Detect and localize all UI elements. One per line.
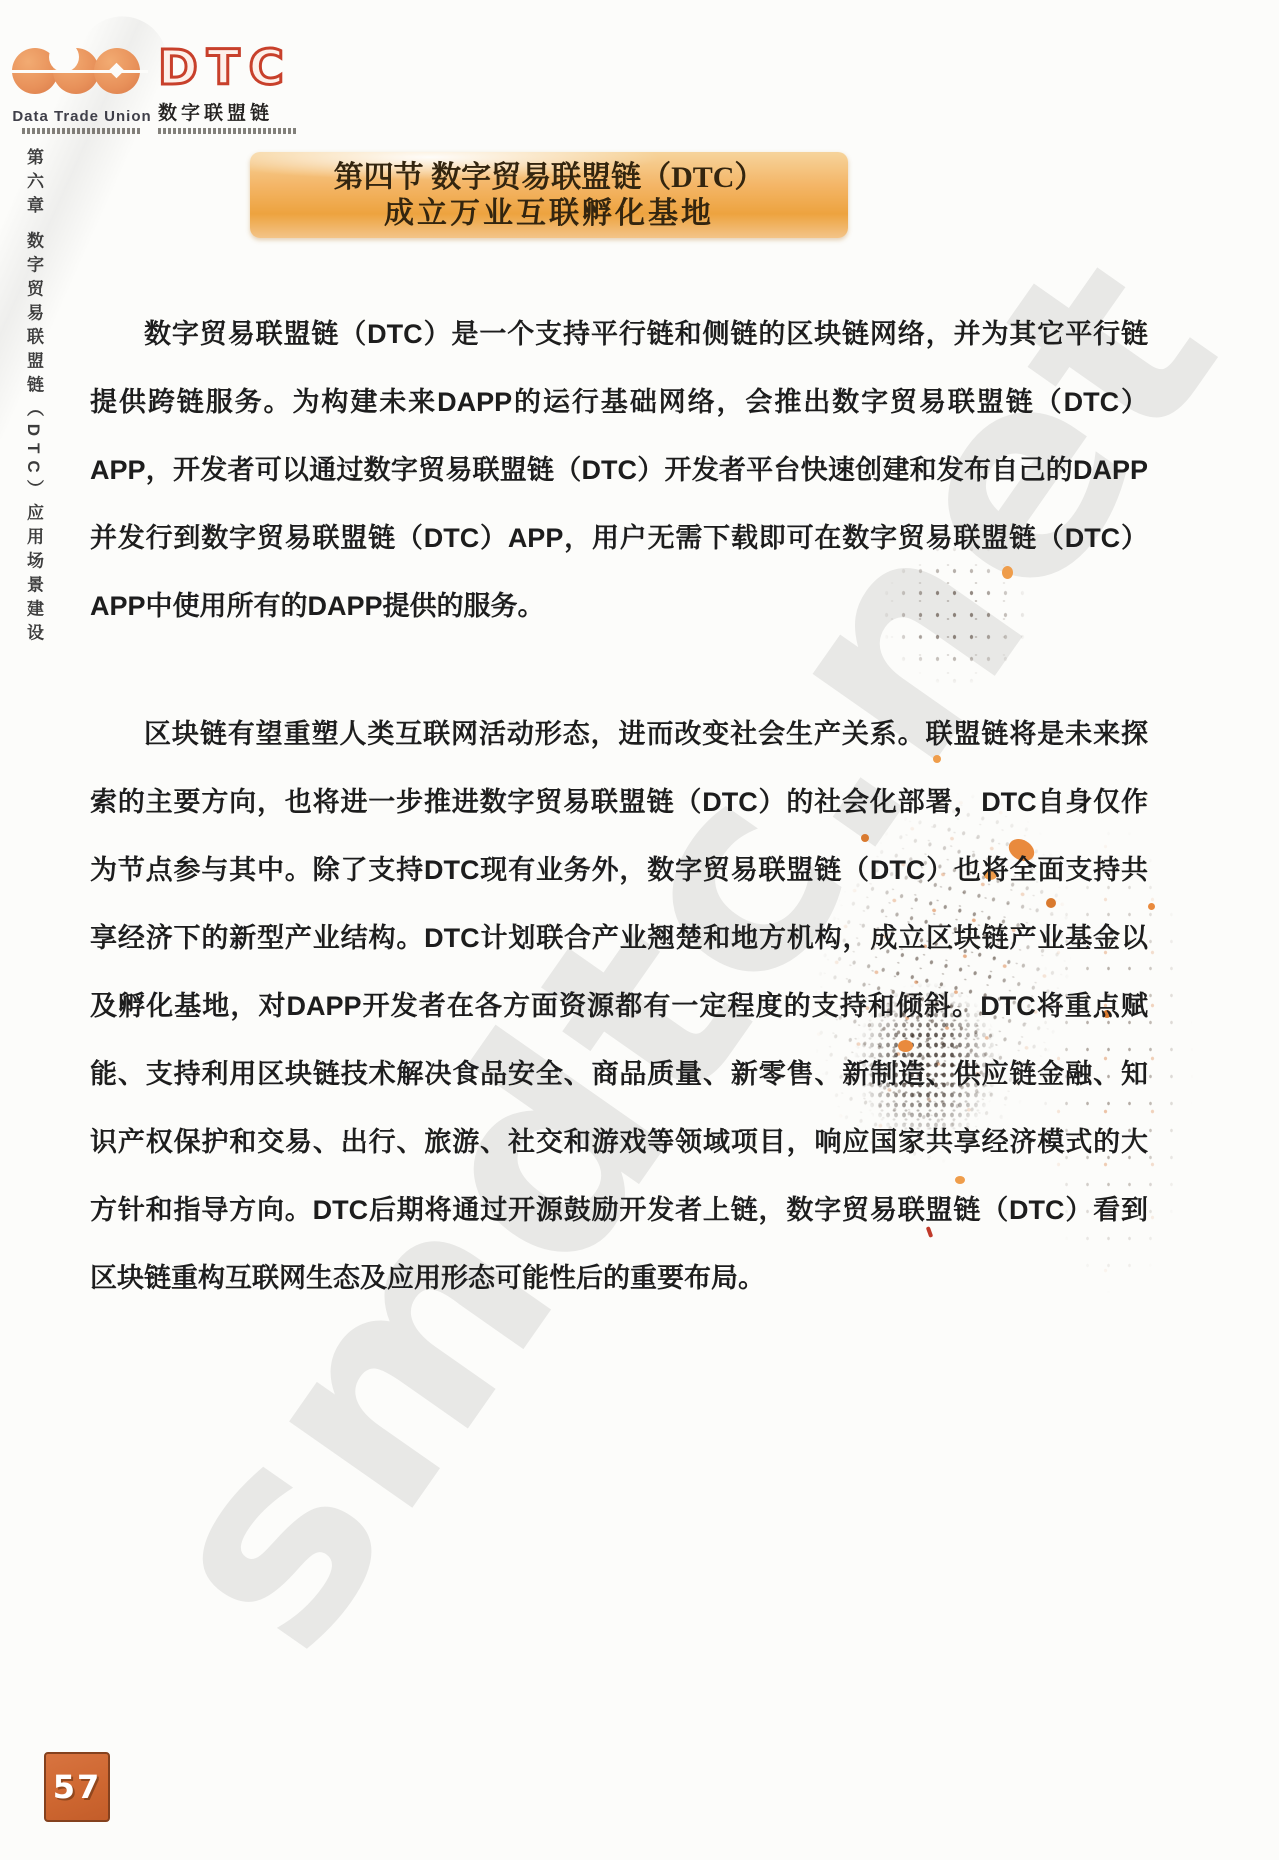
chapter-sidebar-label: 第六章 数字贸易联盟链（DTC）应用场景建设 (20, 148, 46, 748)
paragraph-line: 区块链重构互联网生态及应用形态可能性后的重要布局。 (90, 1244, 1148, 1312)
paragraph-line: 提供跨链服务。为构建未来DAPP的运行基础网络，会推出数字贸易联盟链（DTC） (90, 368, 1148, 436)
dtc-logo-letters: DTC (158, 40, 296, 96)
dtu-circles-icon (12, 48, 152, 94)
document-page: smdtc.net Data Trade Union DTC 数字联盟链 第六章… (0, 0, 1279, 1860)
section-title-line2: 成立万业互联孵化基地 (250, 196, 848, 232)
dtu-logo-microtext (22, 128, 142, 134)
paint-blob (1148, 903, 1155, 910)
page-number-badge: 57 (44, 1752, 110, 1822)
dtc-logo-microtext (158, 128, 296, 134)
paragraph-2: 区块链有望重塑人类互联网活动形态，进而改变社会生产关系。联盟链将是未来探 索的主… (90, 700, 1148, 1312)
paragraph-line: 识产权保护和交易、出行、旅游、社交和游戏等领域项目，响应国家共享经济模式的大 (90, 1108, 1148, 1176)
paragraph-line: 数字贸易联盟链（DTC）是一个支持平行链和侧链的区块链网络，并为其它平行链 (90, 300, 1148, 368)
paragraph-line: 及孵化基地，对DAPP开发者在各方面资源都有一定程度的支持和倾斜。DTC将重点赋 (90, 972, 1148, 1040)
page-number: 57 (53, 1768, 102, 1806)
paragraph-line: 为节点参与其中。除了支持DTC现有业务外，数字贸易联盟链（DTC）也将全面支持共 (90, 836, 1148, 904)
paragraph-1: 数字贸易联盟链（DTC）是一个支持平行链和侧链的区块链网络，并为其它平行链 提供… (90, 300, 1148, 640)
data-trade-union-logo: Data Trade Union (12, 48, 152, 134)
paragraph-line: 区块链有望重塑人类互联网活动形态，进而改变社会生产关系。联盟链将是未来探 (90, 700, 1148, 768)
dtc-logo-subtitle: 数字联盟链 (158, 98, 296, 125)
section-title-line1: 第四节 数字贸易联盟链（DTC） (250, 160, 848, 196)
paragraph-line: 能、支持利用区块链技术解决食品安全、商品质量、新零售、新制造、供应链金融、知 (90, 1040, 1148, 1108)
paragraph-line: 方针和指导方向。DTC后期将通过开源鼓励开发者上链，数字贸易联盟链（DTC）看到 (90, 1176, 1148, 1244)
paragraph-line: 享经济下的新型产业结构。DTC计划联合产业翘楚和地方机构，成立区块链产业基金以 (90, 904, 1148, 972)
dtc-logo: DTC 数字联盟链 (158, 40, 296, 134)
section-title-banner: 第四节 数字贸易联盟链（DTC） 成立万业互联孵化基地 (250, 152, 848, 238)
paragraph-line: APP中使用所有的DAPP提供的服务。 (90, 572, 1148, 640)
paragraph-line: APP，开发者可以通过数字贸易联盟链（DTC）开发者平台快速创建和发布自己的DA… (90, 436, 1148, 504)
section-title: 第四节 数字贸易联盟链（DTC） 成立万业互联孵化基地 (250, 152, 848, 232)
paragraph-line: 并发行到数字贸易联盟链（DTC）APP，用户无需下载即可在数字贸易联盟链（DTC… (90, 504, 1148, 572)
dtu-logo-title: Data Trade Union (12, 108, 152, 125)
dtu-logo-line (12, 70, 148, 73)
paragraph-line: 索的主要方向，也将进一步推进数字贸易联盟链（DTC）的社会化部署，DTC自身仅作 (90, 768, 1148, 836)
